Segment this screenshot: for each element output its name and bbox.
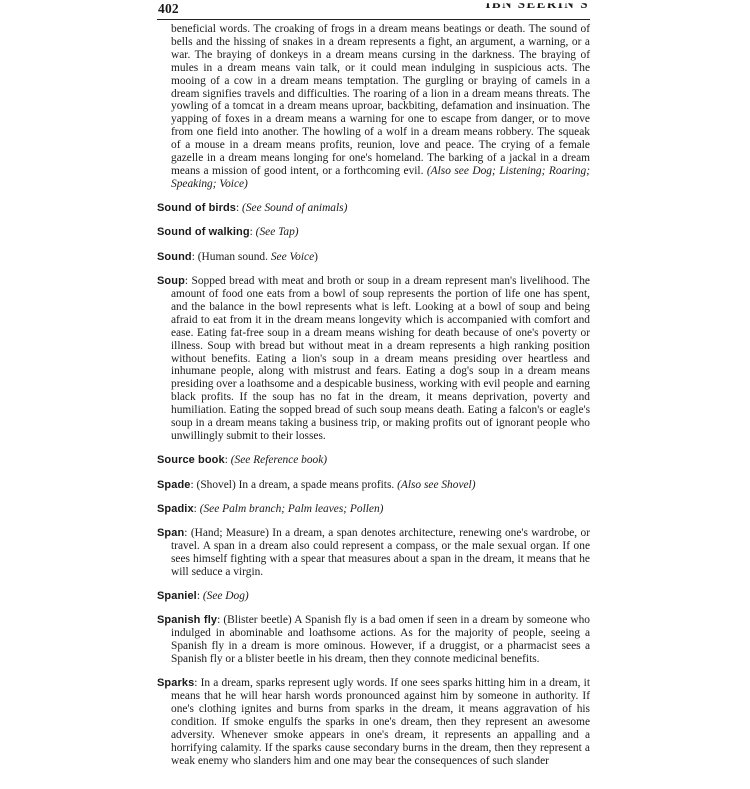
headword: Span — [157, 527, 184, 539]
cross-reference: (See Sound of animals) — [242, 202, 347, 214]
book-page: 402 IBN SEERIN'S beneficial words. The c… — [157, 0, 590, 772]
entry-body: In a dream, a spade means profits. — [239, 479, 397, 491]
parenthetical: (Blister beetle) — [223, 614, 294, 626]
cross-reference: See Voice — [271, 251, 314, 263]
entry-sound-of-walking: Sound of walking: (See Tap) — [157, 226, 590, 239]
entry-sound: Sound: (Human sound. See Voice) — [157, 251, 590, 264]
cross-reference: (See Palm branch; Palm leaves; Pollen) — [200, 503, 384, 515]
headword: Spade — [157, 479, 191, 491]
entry-spaniel: Spaniel: (See Dog) — [157, 590, 590, 603]
entry-sound-of-animals-continued: beneficial words. The croaking of frogs … — [157, 23, 590, 191]
entry-sparks: Sparks: In a dream, sparks represent ugl… — [157, 677, 590, 767]
headword: Spaniel — [157, 590, 197, 602]
headword: Sound — [157, 251, 192, 263]
headword: Spadix — [157, 503, 194, 515]
page-number: 402 — [158, 1, 179, 17]
entry-spade: Spade: (Shovel) In a dream, a spade mean… — [157, 479, 590, 492]
cross-reference: (Also see Shovel) — [397, 479, 475, 491]
headword: Spanish fly — [157, 614, 217, 626]
headword: Sound of birds — [157, 202, 236, 214]
headword: Source book — [157, 454, 225, 466]
parenthetical: (Hand; Measure) — [191, 527, 272, 539]
cross-reference: (See Dog) — [203, 590, 249, 602]
cross-reference: (See Tap) — [256, 226, 299, 238]
running-title: IBN SEERIN'S — [485, 0, 589, 12]
cross-reference: (See Reference book) — [231, 454, 327, 466]
entry-span: Span: (Hand; Measure) In a dream, a span… — [157, 527, 590, 579]
entry-source-book: Source book: (See Reference book) — [157, 454, 590, 467]
entry-spadix: Spadix: (See Palm branch; Palm leaves; P… — [157, 503, 590, 516]
separator: : — [185, 275, 192, 287]
headword: Sparks — [157, 677, 194, 689]
headword: Soup — [157, 275, 185, 287]
parenthetical: (Human sound. — [198, 251, 271, 263]
entry-body: Sopped bread with meat and broth or soup… — [171, 275, 590, 442]
entry-body: In a dream, sparks represent ugly words.… — [171, 677, 590, 766]
entry-spanish-fly: Spanish fly: (Blister beetle) A Spanish … — [157, 614, 590, 666]
parenthetical: (Shovel) — [197, 479, 239, 491]
entry-sound-of-birds: Sound of birds: (See Sound of animals) — [157, 202, 590, 215]
entry-body: beneficial words. The croaking of frogs … — [171, 23, 590, 177]
parenthetical-close: ) — [314, 251, 318, 263]
headword: Sound of walking — [157, 226, 250, 238]
entry-soup: Soup: Sopped bread with meat and broth o… — [157, 275, 590, 443]
running-head: 402 IBN SEERIN'S — [157, 0, 590, 20]
